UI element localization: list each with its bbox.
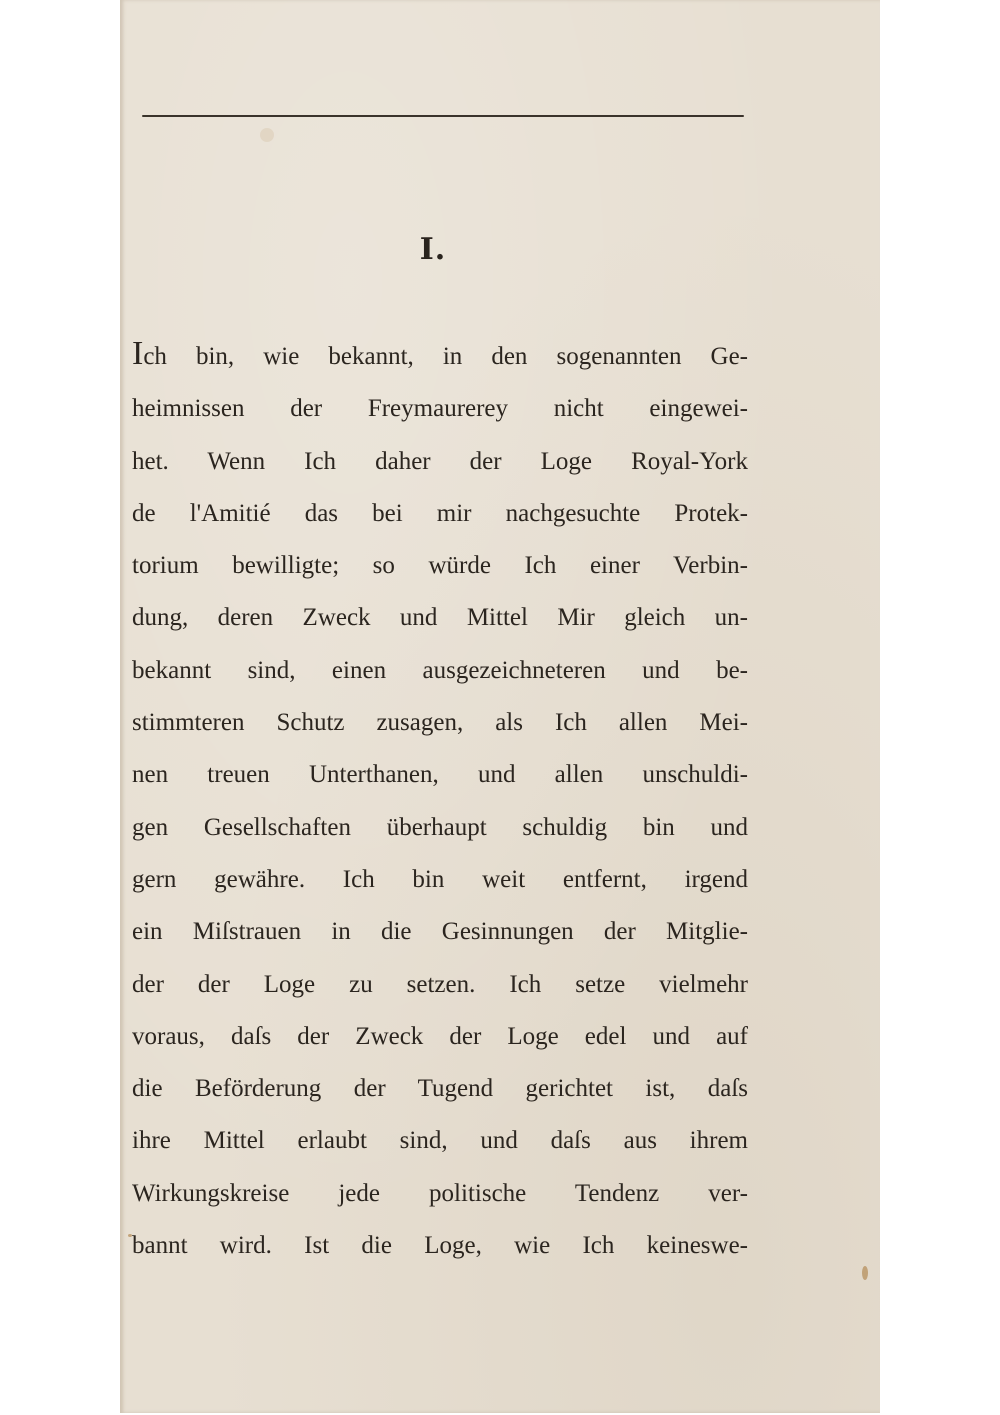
text-line: bannt wird. Ist die Loge, wie Ich keines…: [132, 1226, 748, 1278]
paper-stain: [862, 1266, 868, 1280]
text-line: Ich bin, wie bekannt, in den sogenannten…: [132, 337, 748, 389]
chapter-heading: I.: [120, 232, 746, 267]
text-line: ein Miſstrauen in die Gesinnungen der Mi…: [132, 912, 748, 964]
text-line: bekannt sind, einen ausgezeichneteren un…: [132, 651, 748, 703]
book-page: I. Ich bin, wie bekannt, in den sogenann…: [120, 0, 880, 1413]
text-line: gern gewähre. Ich bin weit entfernt, irg…: [132, 860, 748, 912]
text-line: voraus, daſs der Zweck der Loge edel und…: [132, 1017, 748, 1069]
text-line: ihre Mittel erlaubt sind, und daſs aus i…: [132, 1121, 748, 1173]
text-line: nen treuen Unterthanen, und allen unschu…: [132, 755, 748, 807]
text-line: der der Loge zu setzen. Ich setze vielme…: [132, 965, 748, 1017]
text-line: stimmteren Schutz zusagen, als Ich allen…: [132, 703, 748, 755]
header-rule: [142, 115, 744, 117]
text-line: die Beförderung der Tugend gerichtet ist…: [132, 1069, 748, 1121]
text-line: de l'Amitié das bei mir nachgesuchte Pro…: [132, 494, 748, 546]
paper-stain: [260, 128, 274, 142]
text-line: gen Gesellschaften überhaupt schuldig bi…: [132, 808, 748, 860]
paper-stain: [128, 1234, 132, 1237]
text-line: Wirkungskreise jede politische Tendenz v…: [132, 1174, 748, 1226]
text-line: heimnissen der Freymaurerey nicht eingew…: [132, 389, 748, 441]
body-paragraph: Ich bin, wie bekannt, in den sogenannten…: [132, 337, 748, 1278]
text-line: torium bewilligte; so würde Ich einer Ve…: [132, 546, 748, 598]
text-line: dung, deren Zweck und Mittel Mir gleich …: [132, 598, 748, 650]
text-line: het. Wenn Ich daher der Loge Royal-York: [132, 442, 748, 494]
drop-cap: I: [132, 337, 143, 372]
